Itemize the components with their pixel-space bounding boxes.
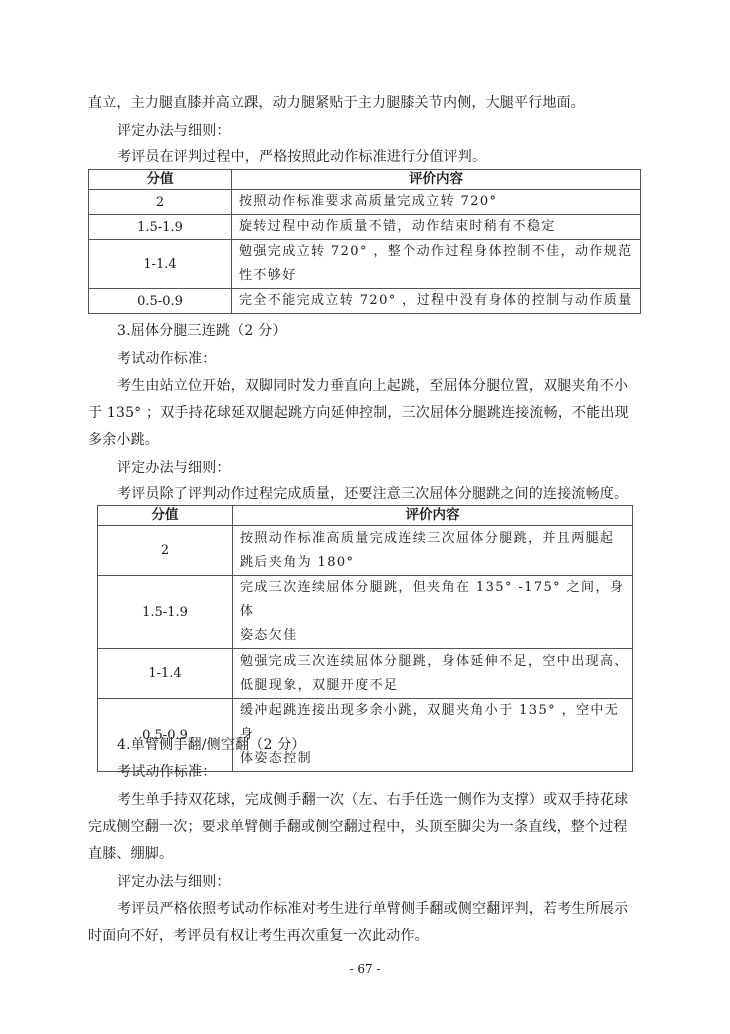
table-header-row: 分值 评价内容 [98, 506, 633, 526]
score-cell: 2 [98, 526, 233, 576]
header-score: 分值 [89, 170, 232, 190]
desc-cell: 完成三次连续屈体分腿跳，但夹角在 135° -175° 之间，身体姿态欠佳 [233, 576, 633, 649]
desc-line: 按照动作标准高质量完成连续三次屈体分腿跳，并且两腿起 [240, 527, 632, 551]
table-row: 0.5-0.9 缓冲起跳连接出现多余小跳，双腿夹角小于 135° ，空中无身体姿… [98, 699, 633, 772]
standard-heading: 考试动作标准： [117, 350, 216, 368]
paragraph-continuation: 直立，主力腿直膝并高立踝，动力腿紧贴于主力腿膝关节内侧，大腿平行地面。 [88, 94, 585, 112]
desc-line: 勉强完成三次连续屈体分腿跳，身体延伸不足，空中出现高、 [240, 650, 632, 674]
section-4-title: 4.单臂侧手翻/侧空翻（2 分） [117, 736, 306, 754]
standard-heading: 考试动作标准： [117, 763, 216, 781]
desc-line: 跳后夹角为 180° [240, 551, 632, 575]
desc-cell: 完全不能完成立转 720° ，过程中没有身体的控制与动作质量 [232, 289, 641, 314]
header-evaluation: 评价内容 [233, 506, 633, 526]
desc-line: 勉强完成立转 720° ，整个动作过程身体控制不佳，动作规范 [239, 240, 640, 264]
rules-text: 考评员除了评判动作过程完成质量，还要注意三次屈体分腿跳之间的连接流畅度。 [117, 485, 628, 503]
standard-text: 于 135° ；双手持花球延双腿起跳方向延伸控制，三次屈体分腿跳连接流畅，不能出… [88, 404, 629, 422]
section-3-title: 3.屈体分腿三连跳（2 分） [117, 322, 287, 340]
header-score: 分值 [98, 506, 233, 526]
page-number: - 67 - [0, 962, 730, 976]
desc-cell: 按照动作标准要求高质量完成立转 720° [232, 190, 641, 215]
score-table-split-jump: 分值 评价内容 2 按照动作标准高质量完成连续三次屈体分腿跳，并且两腿起跳后夹角… [97, 505, 633, 772]
table-row: 1-1.4 勉强完成立转 720° ，整个动作过程身体控制不佳，动作规范性不够好 [89, 240, 641, 289]
table-header-row: 分值 评价内容 [89, 170, 641, 190]
table-row: 1.5-1.9 完成三次连续屈体分腿跳，但夹角在 135° -175° 之间，身… [98, 576, 633, 649]
rules-heading: 评定办法与细则： [117, 873, 231, 891]
score-cell: 1.5-1.9 [98, 576, 233, 649]
desc-line: 性不够好 [239, 264, 640, 288]
standard-text: 考生由站立位开始，双脚同时发力垂直向上起跳，至屈体分腿位置，双腿夹角不小 [117, 377, 628, 395]
table-row: 2 按照动作标准要求高质量完成立转 720° [89, 190, 641, 215]
score-cell: 0.5-0.9 [98, 699, 233, 772]
score-cell: 1-1.4 [89, 240, 232, 289]
header-evaluation: 评价内容 [232, 170, 641, 190]
score-table-720-turn: 分值 评价内容 2 按照动作标准要求高质量完成立转 720° 1.5-1.9 旋… [88, 169, 641, 314]
standard-text: 完成侧空翻一次；要求单臂侧手翻或侧空翻过程中，头顶至脚尖为一条直线，整个过程 [88, 818, 628, 836]
rules-text: 考评员在评判过程中，严格按照此动作标准进行分值评判。 [117, 148, 486, 166]
standard-text: 考生单手持双花球，完成侧手翻一次（左、右手任选一侧作为支撑）或双手持花球 [117, 791, 628, 809]
desc-cell: 旋转过程中动作质量不错，动作结束时稍有不稳定 [232, 215, 641, 240]
score-cell: 2 [89, 190, 232, 215]
desc-line: 姿态欠佳 [240, 624, 632, 648]
desc-line: 低腿现象，双腿开度不足 [240, 674, 632, 698]
desc-cell: 勉强完成三次连续屈体分腿跳，身体延伸不足，空中出现高、低腿现象，双腿开度不足 [233, 649, 633, 699]
table-row: 1.5-1.9 旋转过程中动作质量不错，动作结束时稍有不稳定 [89, 215, 641, 240]
desc-cell: 按照动作标准高质量完成连续三次屈体分腿跳，并且两腿起跳后夹角为 180° [233, 526, 633, 576]
table-row: 2 按照动作标准高质量完成连续三次屈体分腿跳，并且两腿起跳后夹角为 180° [98, 526, 633, 576]
rules-heading: 评定办法与细则： [117, 122, 231, 140]
desc-cell: 勉强完成立转 720° ，整个动作过程身体控制不佳，动作规范性不够好 [232, 240, 641, 289]
rules-text: 考评员严格依照考试动作标准对考生进行单臂侧手翻或侧空翻评判，若考生所展示 [117, 900, 628, 918]
score-cell: 1-1.4 [98, 649, 233, 699]
desc-cell: 缓冲起跳连接出现多余小跳，双腿夹角小于 135° ，空中无身体姿态控制 [233, 699, 633, 772]
score-cell: 0.5-0.9 [89, 289, 232, 314]
table-row: 1-1.4 勉强完成三次连续屈体分腿跳，身体延伸不足，空中出现高、低腿现象，双腿… [98, 649, 633, 699]
rules-heading: 评定办法与细则： [117, 459, 231, 477]
desc-line: 完成三次连续屈体分腿跳，但夹角在 135° -175° 之间，身体 [240, 576, 632, 624]
score-cell: 1.5-1.9 [89, 215, 232, 240]
standard-text: 直膝、绷脚。 [88, 845, 173, 863]
rules-text: 时面向不好，考评员有权让考生再次重复一次此动作。 [88, 927, 429, 945]
standard-text: 多余小跳。 [88, 431, 159, 449]
table-row: 0.5-0.9 完全不能完成立转 720° ，过程中没有身体的控制与动作质量 [89, 289, 641, 314]
